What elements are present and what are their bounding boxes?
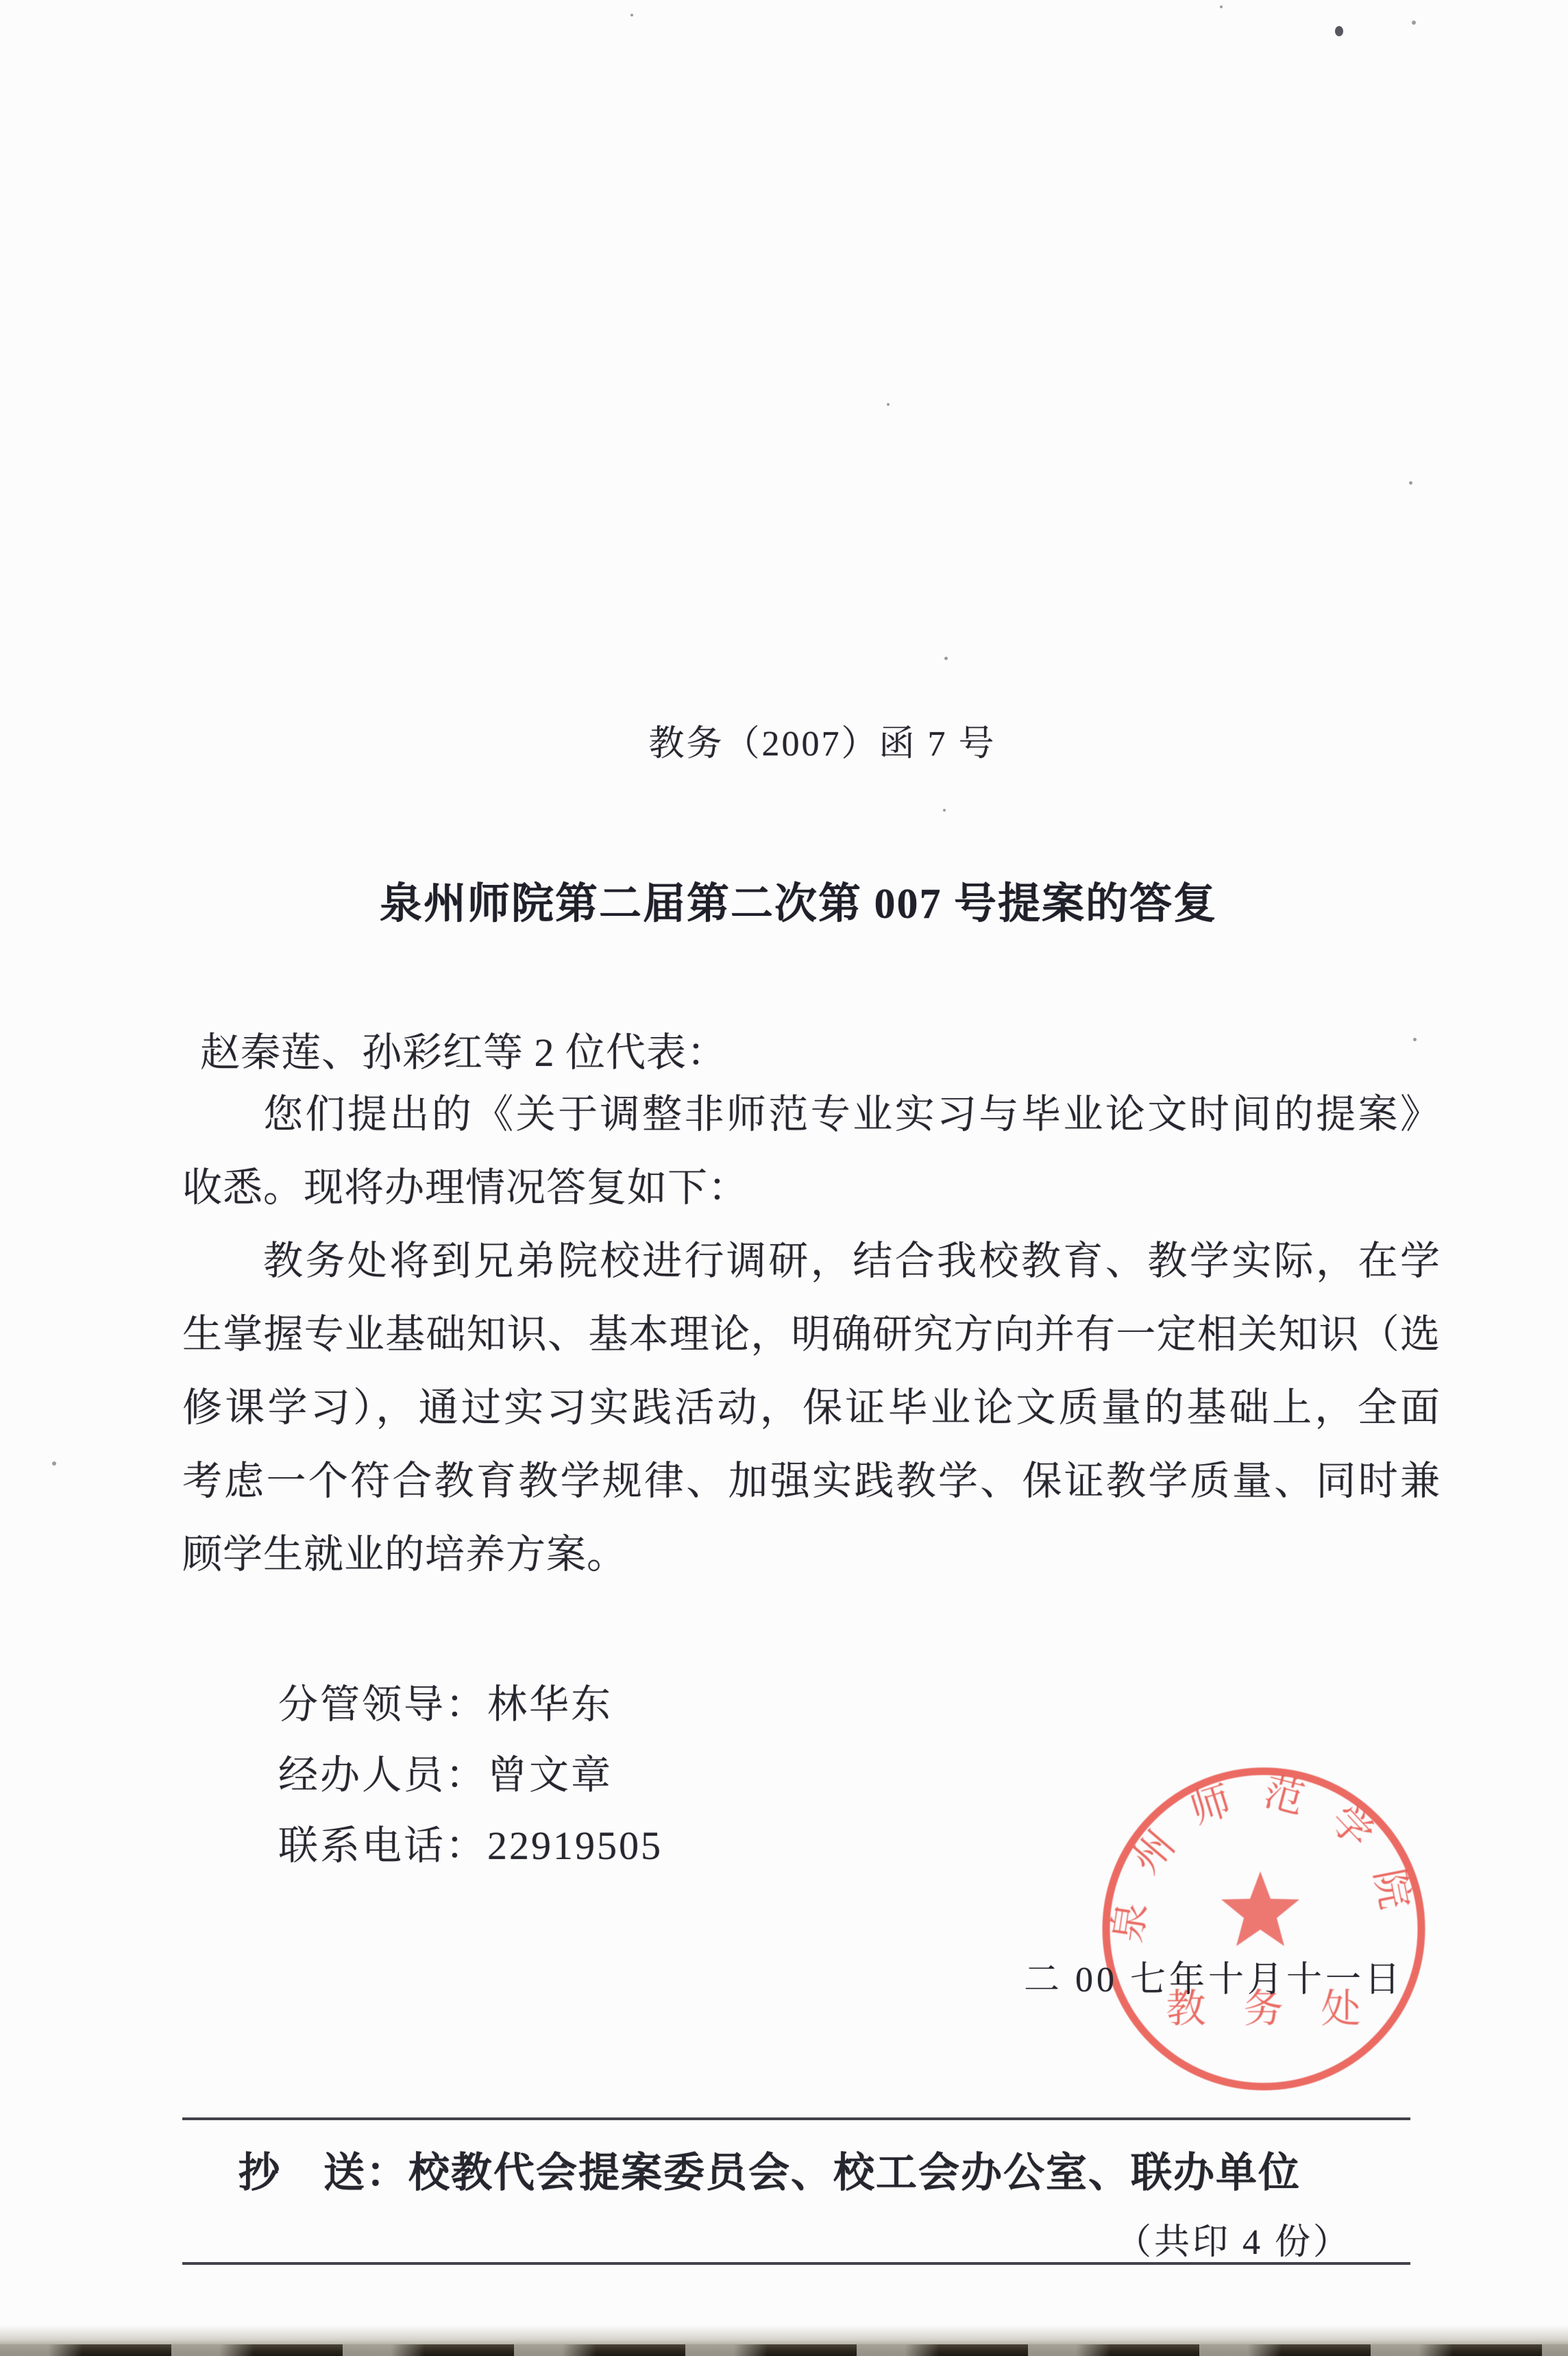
- contact-value: 曾文章: [487, 1753, 613, 1797]
- body-line: 生掌握专业基础知识、基本理论，明确研究方向并有一定相关知识（选: [182, 1298, 1441, 1371]
- contact-row: 分管领导：林华东: [278, 1669, 663, 1740]
- contact-row: 联系电话：22919505: [278, 1810, 663, 1881]
- footer-rule-bottom: [182, 2262, 1410, 2265]
- body-line: 顾学生就业的培养方案。: [182, 1518, 1441, 1591]
- contact-row: 经办人员：曾文章: [278, 1740, 663, 1810]
- scanned-document-page: 教务（2007）函 7 号 泉州师院第二届第二次第 007 号提案的答复 赵秦莲…: [0, 0, 1568, 2356]
- scan-speck: [1413, 1038, 1417, 1041]
- scan-bottom-edge: [0, 2344, 1568, 2356]
- official-seal-stamp: 泉州师范学院 教务处: [1102, 1767, 1425, 2091]
- body-text: 您们提出的《关于调整非师范专业实习与毕业论文时间的提案》 收悉。现将办理情况答复…: [182, 1078, 1441, 1591]
- contact-value: 林华东: [487, 1682, 613, 1727]
- body-line: 修课学习），通过实习实践活动，保证毕业论文质量的基础上，全面: [182, 1371, 1441, 1444]
- scan-speck: [887, 403, 890, 406]
- body-line: 考虑一个符合教育教学规律、加强实践教学、保证教学质量、同时兼: [182, 1444, 1441, 1518]
- salutation: 赵秦莲、孙彩红等 2 位代表：: [200, 1020, 727, 1078]
- scan-bottom-shadow: [0, 2325, 1568, 2346]
- doc-number: 教务（2007）函 7 号: [0, 714, 1568, 766]
- cc-line: 抄 送：校教代会提案委员会、校工会办公室、联办单位: [238, 2140, 1301, 2199]
- scan-speck: [943, 809, 946, 812]
- contact-label: 联系电话：: [278, 1823, 487, 1868]
- copies-line: （共印 4 份）: [1116, 2213, 1351, 2264]
- contact-label: 经办人员：: [278, 1753, 487, 1797]
- body-line: 收悉。现将办理情况答复如下：: [182, 1151, 1441, 1224]
- date-line: 二 00 七年十月十一日: [1024, 1950, 1404, 2002]
- contact-label: 分管领导：: [278, 1682, 487, 1727]
- doc-title: 泉州师院第二届第二次第 007 号提案的答复: [0, 869, 1568, 930]
- scan-speck: [630, 14, 633, 16]
- scan-speck: [1412, 21, 1416, 25]
- scan-speck: [1335, 26, 1343, 36]
- scan-speck: [944, 657, 948, 660]
- body-line: 教务处将到兄弟院校进行调研，结合我校教育、教学实际，在学: [182, 1224, 1441, 1298]
- scan-speck: [52, 1461, 56, 1466]
- contact-value: 22919505: [487, 1823, 663, 1868]
- scan-speck: [1409, 481, 1412, 485]
- contact-block: 分管领导：林华东 经办人员：曾文章 联系电话：22919505: [278, 1669, 663, 1881]
- scan-speck: [1220, 5, 1223, 8]
- seal-star-icon: [1221, 1871, 1299, 1946]
- footer-rule-top: [182, 2117, 1410, 2120]
- body-line: 您们提出的《关于调整非师范专业实习与毕业论文时间的提案》: [182, 1078, 1441, 1151]
